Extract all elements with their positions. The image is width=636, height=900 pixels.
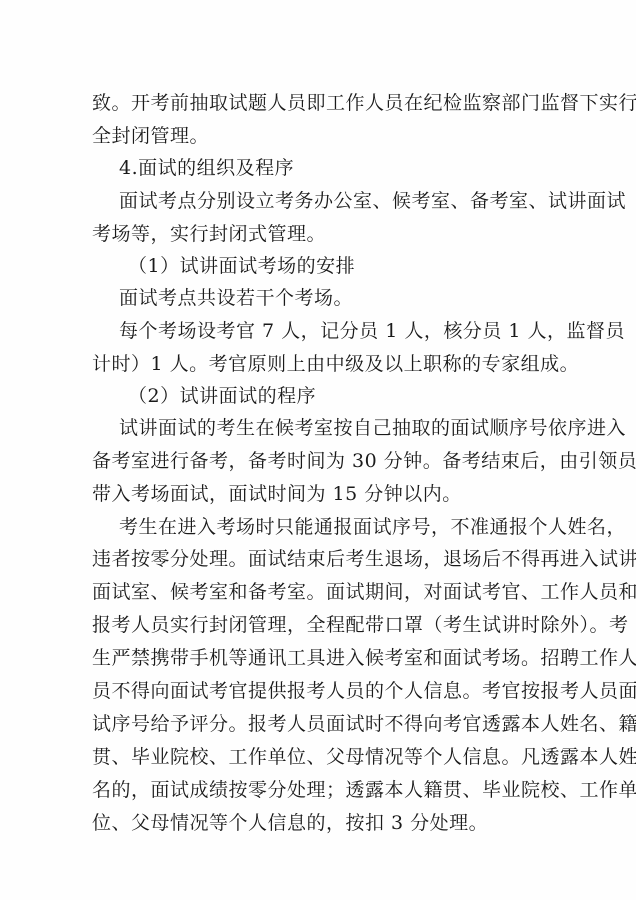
text-line: 面试考点共设若干个考场。 [119, 283, 566, 313]
text-line: 致。开考前抽取试题人员即工作人员在纪检监察部门监督下实行 [92, 88, 566, 118]
text-line: 备考室进行备考，备考时间为 30 分钟。备考结束后，由引领员 [92, 446, 566, 476]
text-line: 每个考场设考官 7 人，记分员 1 人，核分员 1 人，监督员（兼 [119, 316, 566, 346]
text-line: 报考人员实行封闭管理，全程配带口罩（考生试讲时除外）。考 [92, 610, 566, 640]
text-line: 面试考点分别设立考务办公室、候考室、备考室、试讲面试 [119, 186, 566, 216]
section-heading: 4.面试的组织及程序 [119, 153, 566, 183]
text-line: 位、父母情况等个人信息的，按扣 3 分处理。 [92, 808, 566, 838]
text-line: 名的，面试成绩按零分处理；透露本人籍贯、毕业院校、工作单 [92, 775, 566, 805]
text-line: 计时）1 人。考官原则上由中级及以上职称的专家组成。 [92, 349, 566, 379]
subsection-heading: （2）试讲面试的程序 [128, 381, 566, 411]
text-line: 违者按零分处理。面试结束后考生退场，退场后不得再进入试讲 [92, 544, 566, 574]
text-line: 全封闭管理。 [92, 121, 566, 151]
text-line: 考生在进入考场时只能通报面试序号，不准通报个人姓名， [119, 512, 566, 542]
text-line: 员不得向面试考官提供报考人员的个人信息。考官按报考人员面 [92, 676, 566, 706]
text-line: 带入考场面试，面试时间为 15 分钟以内。 [92, 479, 566, 509]
text-line: 考场等，实行封闭式管理。 [92, 219, 566, 249]
text-line: 生严禁携带手机等通讯工具进入候考室和面试考场。招聘工作人 [92, 643, 566, 673]
text-line: 面试室、候考室和备考室。面试期间，对面试考官、工作人员和 [92, 577, 566, 607]
text-line: 贯、毕业院校、工作单位、父母情况等个人信息。凡透露本人姓 [92, 742, 566, 772]
text-line: 试讲面试的考生在候考室按自己抽取的面试顺序号依序进入 [119, 413, 566, 443]
subsection-heading: （1）试讲面试考场的安排 [128, 251, 566, 281]
text-line: 试序号给予评分。报考人员面试时不得向考官透露本人姓名、籍 [92, 709, 566, 739]
document-page: 致。开考前抽取试题人员即工作人员在纪检监察部门监督下实行 全封闭管理。 4.面试… [0, 0, 636, 900]
